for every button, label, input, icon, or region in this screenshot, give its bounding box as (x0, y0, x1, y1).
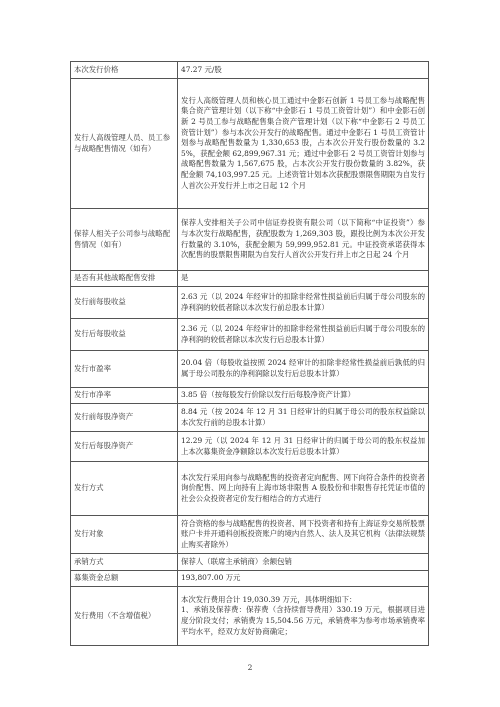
table-row: 发行前每股收益2.63 元（以 2024 年经审计的扣除非经常性损益前后归属于母… (71, 287, 429, 319)
row-value: 3.85 倍（按每股发行价除以发行后每股净资产计算） (178, 388, 429, 404)
row-value: 本次发行采用向参与战略配售的投资者定向配售、网下向符合条件的投资者询价配售、网上… (178, 462, 429, 516)
row-label: 发行对象 (71, 516, 178, 554)
row-label: 发行前每股净资产 (71, 404, 178, 432)
table-row: 发行后每股收益2.36 元（以 2024 年经审计的扣除非经常性损益前后归属于母… (71, 319, 429, 351)
table-row: 发行前每股净资产8.84 元（按 2024 年 12 月 31 日经审计的归属于… (71, 404, 429, 432)
row-label: 本次发行价格 (71, 62, 178, 79)
row-label: 是否有其他战略配售安排 (71, 271, 178, 287)
table-row: 发行市盈率20.04 倍（每股收益按照 2024 经审计的扣除非经常性损益前后孰… (71, 351, 429, 388)
table-row: 发行方式本次发行采用向参与战略配售的投资者定向配售、网下向符合条件的投资者询价配… (71, 462, 429, 516)
row-label: 发行人高级管理人员、员工参与战略配售情况（如有） (71, 79, 178, 209)
table-row: 募集资金总额193,807.00 万元 (71, 571, 429, 587)
table-row: 是否有其他战略配售安排是 (71, 271, 429, 287)
row-value: 发行人高级管理人员和核心员工通过中金影石创新 1 号员工参与战略配售集合资产管理… (178, 79, 429, 209)
row-label: 发行后每股净资产 (71, 432, 178, 462)
row-value: 本次发行费用合计 19,030.39 万元，具体明细如下： 1、承销及保荐费：保… (178, 587, 429, 646)
table-row: 本次发行价格47.27 元/股 (71, 62, 429, 79)
row-label: 发行前每股收益 (71, 287, 178, 319)
page-number: 2 (0, 663, 500, 672)
table-row: 发行对象符合资格的参与战略配售的投资者、网下投资者和持有上海证券交易所股票账户卡… (71, 516, 429, 554)
table-row: 保荐人相关子公司参与战略配售情况（如有）保荐人安排相关子公司中信证券投资有限公司… (71, 209, 429, 271)
row-value: 20.04 倍（每股收益按照 2024 经审计的扣除非经常性损益前后孰低的归属于… (178, 351, 429, 388)
document-page: 本次发行价格47.27 元/股发行人高级管理人员、员工参与战略配售情况（如有）发… (0, 0, 500, 707)
offering-info-table: 本次发行价格47.27 元/股发行人高级管理人员、员工参与战略配售情况（如有）发… (70, 61, 429, 646)
row-value: 12.29 元（以 2024 年 12 月 31 日经审计的归属于母公司的股东权… (178, 432, 429, 462)
row-value: 保荐人（联席主承销商）余额包销 (178, 554, 429, 571)
row-value: 保荐人安排相关子公司中信证券投资有限公司（以下简称“中证投资”）参与本次发行战略… (178, 209, 429, 271)
row-label: 发行市盈率 (71, 351, 178, 388)
row-label: 募集资金总额 (71, 571, 178, 587)
row-value: 47.27 元/股 (178, 62, 429, 79)
row-value: 2.36 元（以 2024 年经审计的扣除非经常性损益前后归属于母公司股东的净利… (178, 319, 429, 351)
row-label: 发行方式 (71, 462, 178, 516)
row-value: 193,807.00 万元 (178, 571, 429, 587)
row-value: 是 (178, 271, 429, 287)
table-row: 发行市净率3.85 倍（按每股发行价除以发行后每股净资产计算） (71, 388, 429, 404)
row-label: 发行后每股收益 (71, 319, 178, 351)
row-value: 8.84 元（按 2024 年 12 月 31 日经审计的归属于母公司的股东权益… (178, 404, 429, 432)
table-row: 发行人高级管理人员、员工参与战略配售情况（如有）发行人高级管理人员和核心员工通过… (71, 79, 429, 209)
table-row: 发行后每股净资产12.29 元（以 2024 年 12 月 31 日经审计的归属… (71, 432, 429, 462)
row-value: 2.63 元（以 2024 年经审计的扣除非经常性损益前后归属于母公司股东的净利… (178, 287, 429, 319)
row-label: 承销方式 (71, 554, 178, 571)
row-label: 发行费用（不含增值税） (71, 587, 178, 646)
table-row: 承销方式保荐人（联席主承销商）余额包销 (71, 554, 429, 571)
row-label: 保荐人相关子公司参与战略配售情况（如有） (71, 209, 178, 271)
table-row: 发行费用（不含增值税）本次发行费用合计 19,030.39 万元，具体明细如下：… (71, 587, 429, 646)
row-label: 发行市净率 (71, 388, 178, 404)
row-value: 符合资格的参与战略配售的投资者、网下投资者和持有上海证券交易所股票账户卡并开通科… (178, 516, 429, 554)
